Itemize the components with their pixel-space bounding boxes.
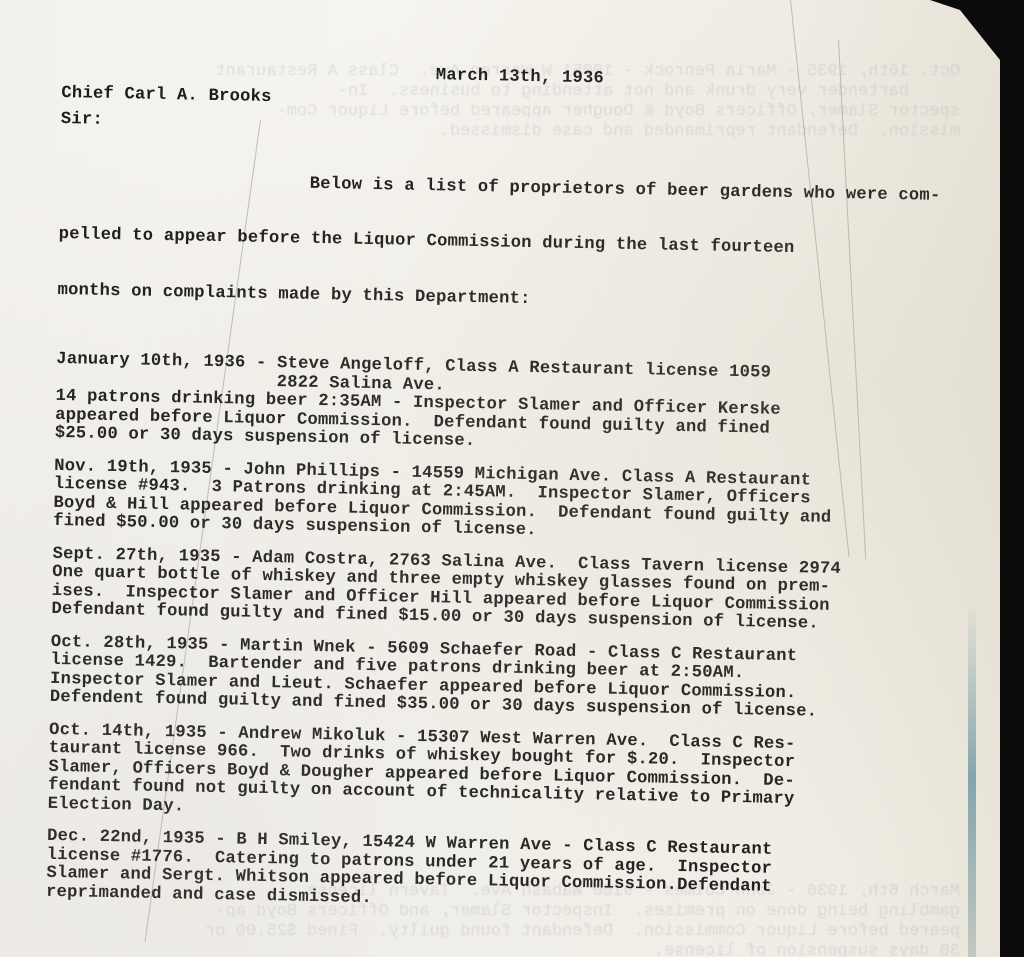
letter-page: Oct. 16th, 1935 - Maria Penrock - 10051 …	[0, 0, 1000, 957]
violation-entry: January 10th, 1936 - Steve Angeloff, Cla…	[55, 351, 957, 461]
typed-letter: March 13th, 1936 Chief Carl A. Brooks Si…	[46, 60, 962, 933]
violation-entry: Sept. 27th, 1935 - Adam Costra, 2763 Sal…	[51, 545, 952, 636]
intro-paragraph: Below is a list of proprietors of beer g…	[57, 133, 961, 354]
violation-entry: Oct. 28th, 1935 - Martin Wnek - 5609 Sch…	[50, 633, 951, 724]
intro-line: Below is a list of proprietors of beer g…	[60, 170, 960, 206]
intro-line: months on complaints made by this Depart…	[57, 281, 957, 317]
intro-line: pelled to appear before the Liquor Commi…	[58, 226, 958, 262]
violation-entries: January 10th, 1936 - Steve Angeloff, Cla…	[46, 351, 956, 919]
violation-entry: Dec. 22nd, 1935 - B H Smiley, 15424 W Wa…	[46, 828, 947, 919]
violation-entry: Nov. 19th, 1935 - John Phillips - 14559 …	[53, 457, 954, 548]
page-edge-shadow	[968, 600, 976, 957]
violation-entry: Oct. 14th, 1935 - Andrew Mikoluk - 15307…	[48, 721, 950, 831]
